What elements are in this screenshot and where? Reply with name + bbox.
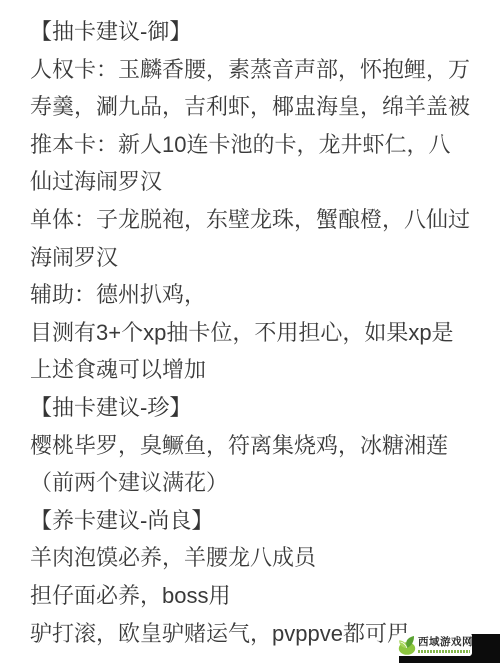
text-line: 担仔面必养，boss用: [30, 577, 478, 615]
text-line: 羊肉泡馍必养，羊腰龙八成员: [30, 539, 478, 577]
text-line: 单体：子龙脱袍，东壁龙珠，蟹酿橙，八仙过: [30, 201, 478, 239]
text-line: 人权卡：玉麟香腰，素蒸音声部，怀抱鲤，万: [30, 51, 478, 89]
watermark-site-name: 西域游戏网: [418, 636, 473, 648]
watermark-subtext: [418, 650, 470, 653]
article-page: 【抽卡建议-御】 人权卡：玉麟香腰，素蒸音声部，怀抱鲤，万 寿羹，涮九品，吉利虾…: [0, 0, 500, 663]
text-line: 辅助：德州扒鸡，: [30, 276, 478, 314]
section-heading: 【养卡建议-尚良】: [30, 502, 478, 540]
green-sprout-icon: [398, 635, 416, 655]
text-line: 海闹罗汉: [30, 239, 478, 277]
article-text: 【抽卡建议-御】 人权卡：玉麟香腰，素蒸音声部，怀抱鲤，万 寿羹，涮九品，吉利虾…: [30, 13, 478, 652]
watermark: 西域游戏网: [397, 633, 472, 656]
text-line: （前两个建议满花）: [30, 464, 478, 502]
text-line: 仙过海闹罗汉: [30, 163, 478, 201]
watermark-black-block: [470, 634, 500, 663]
text-line: 樱桃毕罗，臭鳜鱼，符离集烧鸡，冰糖湘莲: [30, 427, 478, 465]
text-line: 目测有3+个xp抽卡位，不用担心，如果xp是: [30, 314, 478, 352]
text-line: 上述食魂可以增加: [30, 351, 478, 389]
text-line: 推本卡：新人10连卡池的卡，龙井虾仁，八: [30, 126, 478, 164]
section-heading: 【抽卡建议-珍】: [30, 389, 478, 427]
section-heading: 【抽卡建议-御】: [30, 13, 478, 51]
text-line: 寿羹，涮九品，吉利虾，椰盅海皇，绵羊盖被: [30, 88, 478, 126]
